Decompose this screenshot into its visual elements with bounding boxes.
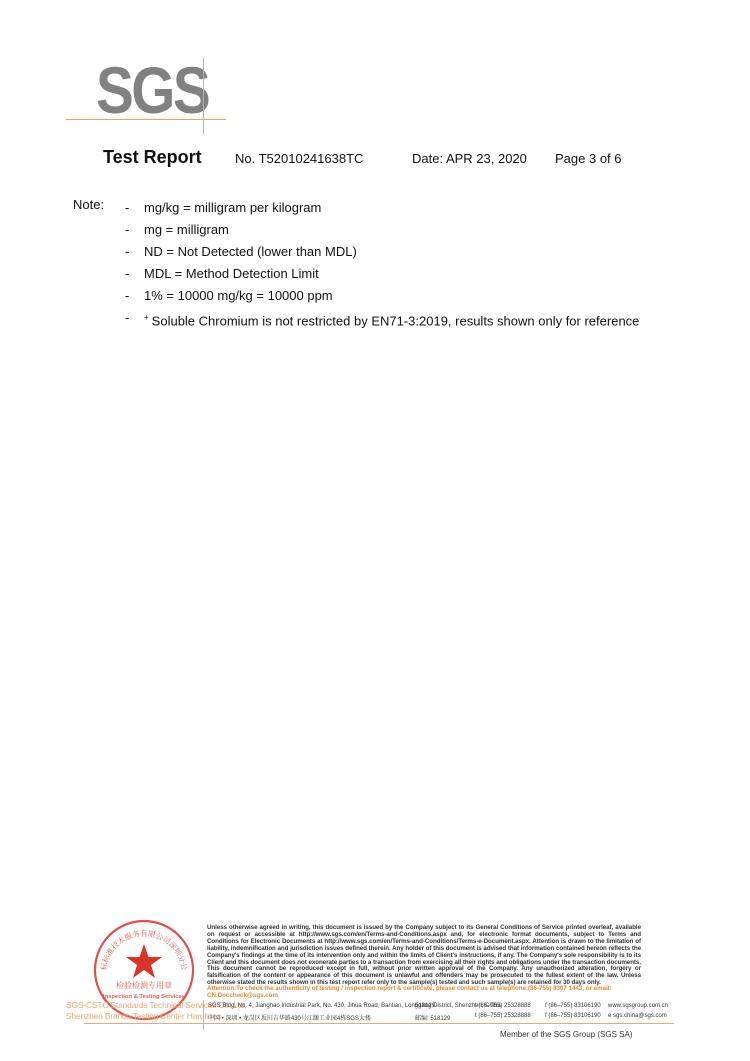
note-text: mg/kg = milligram per kilogram — [144, 199, 321, 217]
bullet-dash: - — [125, 243, 129, 261]
website-link[interactable]: www.sgsgroup.com.cn — [608, 1003, 668, 1009]
note-text: ND = Not Detected (lower than MDL) — [144, 243, 357, 261]
fax: f (86–755) 83106190 — [545, 1003, 601, 1009]
report-header: Test Report No. T52010241638TC Date: APR… — [0, 146, 750, 170]
legal-disclaimer: Unless otherwise agreed in writing, this… — [207, 925, 641, 987]
stamp-center-text: 检验检测专用章 — [116, 980, 172, 990]
email-link[interactable]: e sgs.china@sgs.com — [608, 1013, 667, 1019]
postcode: 518129 — [415, 1003, 435, 1009]
bullet-dash: - — [125, 265, 129, 283]
note-item: - +Soluble Chromium is not restricted by… — [125, 309, 685, 331]
postcode: 邮编: 518129 — [415, 1013, 450, 1022]
page-footer: 通标标准技术服务有限公司深圳分公司 检验检测专用章 Inspection & T… — [0, 910, 750, 1061]
note-item: - ND = Not Detected (lower than MDL) — [125, 243, 685, 265]
address: 中国 • 深圳 • 龙岗区坂田吉华路430号江灏工业园4栋SGS大楼 — [208, 1013, 371, 1022]
footer-divider-line — [84, 1023, 674, 1024]
address: SGS Bldg, No. 4, Jianghao Industrial Par… — [208, 1003, 501, 1009]
note-item: - MDL = Method Detection Limit — [125, 265, 685, 287]
note-text-body: Soluble Chromium is not restricted by EN… — [152, 313, 640, 328]
sgs-logo: SGS — [66, 56, 226, 136]
star-icon — [126, 944, 162, 978]
note-text: mg = milligram — [144, 221, 229, 239]
superscript-plus: + — [144, 313, 149, 322]
stamp-branch-name: Shenzhen Branch Testing Center Hardlines — [66, 1011, 221, 1021]
notes-label: Note: — [73, 197, 104, 212]
notes-list: - mg/kg = milligram per kilogram - mg = … — [125, 199, 685, 331]
note-item: - mg/kg = milligram per kilogram — [125, 199, 685, 221]
telephone: t (86–755) 25328888 — [475, 1003, 531, 1009]
report-date: Date: APR 23, 2020 — [412, 151, 527, 166]
report-number: No. T52010241638TC — [235, 151, 363, 166]
telephone: t (86–755) 25328888 — [475, 1013, 531, 1019]
report-title: Test Report — [103, 147, 202, 168]
authenticity-notice: Attention:To check the authenticity of t… — [207, 986, 641, 1000]
note-item: - mg = milligram — [125, 221, 685, 243]
member-of-sgs-group: Member of the SGS Group (SGS SA) — [500, 1030, 633, 1039]
bullet-dash: - — [125, 309, 129, 327]
note-text: +Soluble Chromium is not restricted by E… — [144, 309, 639, 330]
address-divider-vertical — [203, 1000, 204, 1030]
bullet-dash: - — [125, 221, 129, 239]
note-text: 1% = 10000 mg/kg = 10000 ppm — [144, 287, 333, 305]
sgs-logo-text: SGS — [96, 58, 208, 122]
page-indicator: Page 3 of 6 — [555, 151, 622, 166]
logo-vertical-line — [203, 58, 204, 134]
note-text: MDL = Method Detection Limit — [144, 265, 319, 283]
fax: f (86–755) 83106190 — [545, 1013, 601, 1019]
note-item: - 1% = 10000 mg/kg = 10000 ppm — [125, 287, 685, 309]
bullet-dash: - — [125, 287, 129, 305]
bullet-dash: - — [125, 199, 129, 217]
logo-horizontal-line — [66, 119, 226, 120]
